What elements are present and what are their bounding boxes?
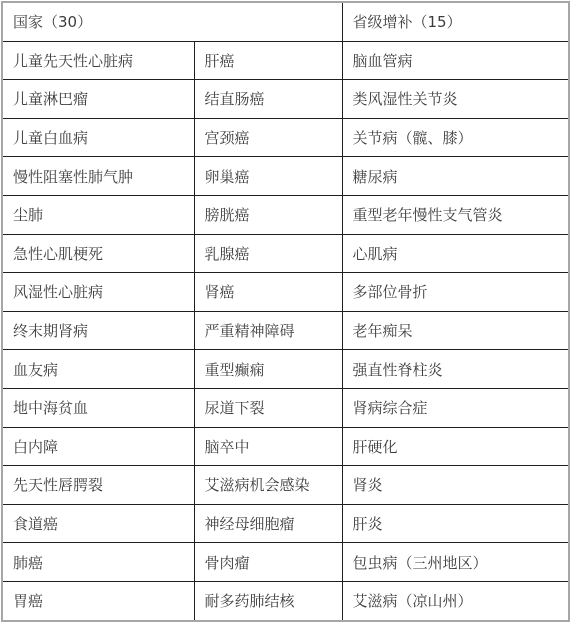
table-cell: 老年痴呆 xyxy=(342,311,569,350)
table-cell: 心肌病 xyxy=(342,234,569,273)
table-cell: 乳腺癌 xyxy=(194,234,342,273)
table-cell: 艾滋病机会感染 xyxy=(194,466,342,505)
table-cell: 严重精神障碍 xyxy=(194,311,342,350)
table-cell: 肺癌 xyxy=(2,543,194,582)
table-cell: 重型老年慢性支气管炎 xyxy=(342,195,569,234)
table-cell: 尘肺 xyxy=(2,195,194,234)
table-cell: 食道癌 xyxy=(2,504,194,543)
table-cell: 结直肠癌 xyxy=(194,80,342,119)
table-cell: 儿童淋巴瘤 xyxy=(2,80,194,119)
table-cell: 多部位骨折 xyxy=(342,273,569,312)
table-cell: 耐多药肺结核 xyxy=(194,581,342,620)
table-row: 儿童先天性心脏病 肝癌 脑血管病 xyxy=(2,41,569,80)
table-cell: 膀胱癌 xyxy=(194,195,342,234)
table-cell: 肾病综合症 xyxy=(342,388,569,427)
table-cell: 重型癫痫 xyxy=(194,350,342,389)
table-cell: 包虫病（三州地区） xyxy=(342,543,569,582)
table-row: 肺癌 骨肉瘤 包虫病（三州地区） xyxy=(2,543,569,582)
table-cell: 强直性脊柱炎 xyxy=(342,350,569,389)
table-cell: 艾滋病（凉山州） xyxy=(342,581,569,620)
table-cell: 类风湿性关节炎 xyxy=(342,80,569,119)
table-row: 急性心肌梗死 乳腺癌 心肌病 xyxy=(2,234,569,273)
table-cell: 胃癌 xyxy=(2,581,194,620)
table-row: 慢性阻塞性肺气肿 卵巢癌 糖尿病 xyxy=(2,157,569,196)
table-row: 先天性唇腭裂 艾滋病机会感染 肾炎 xyxy=(2,466,569,505)
table-cell: 宫颈癌 xyxy=(194,118,342,157)
table-cell: 卵巢癌 xyxy=(194,157,342,196)
table-cell: 尿道下裂 xyxy=(194,388,342,427)
table-cell: 肝癌 xyxy=(194,41,342,80)
header-cell-national: 国家（30） xyxy=(2,2,342,41)
table-row: 尘肺 膀胱癌 重型老年慢性支气管炎 xyxy=(2,195,569,234)
table-row: 白内障 脑卒中 肝硬化 xyxy=(2,427,569,466)
disease-table: 国家（30） 省级增补（15） 儿童先天性心脏病 肝癌 脑血管病 儿童淋巴瘤 结… xyxy=(1,1,570,622)
table-row: 血友病 重型癫痫 强直性脊柱炎 xyxy=(2,350,569,389)
table-cell: 脑卒中 xyxy=(194,427,342,466)
table-cell: 脑血管病 xyxy=(342,41,569,80)
table-cell: 关节病（髋、膝） xyxy=(342,118,569,157)
table-cell: 骨肉瘤 xyxy=(194,543,342,582)
table-row: 儿童白血病 宫颈癌 关节病（髋、膝） xyxy=(2,118,569,157)
table-row: 儿童淋巴瘤 结直肠癌 类风湿性关节炎 xyxy=(2,80,569,119)
table-row: 食道癌 神经母细胞瘤 肝炎 xyxy=(2,504,569,543)
table-row: 胃癌 耐多药肺结核 艾滋病（凉山州） xyxy=(2,581,569,620)
table-cell: 肝硬化 xyxy=(342,427,569,466)
table-row: 地中海贫血 尿道下裂 肾病综合症 xyxy=(2,388,569,427)
header-cell-provincial: 省级增补（15） xyxy=(342,2,569,41)
table-cell: 神经母细胞瘤 xyxy=(194,504,342,543)
table-cell: 地中海贫血 xyxy=(2,388,194,427)
table-cell: 慢性阻塞性肺气肿 xyxy=(2,157,194,196)
table-cell: 糖尿病 xyxy=(342,157,569,196)
table-cell: 肾炎 xyxy=(342,466,569,505)
table-cell: 终末期肾病 xyxy=(2,311,194,350)
table-row: 终末期肾病 严重精神障碍 老年痴呆 xyxy=(2,311,569,350)
header-row: 国家（30） 省级增补（15） xyxy=(2,2,569,41)
table-cell: 先天性唇腭裂 xyxy=(2,466,194,505)
table-cell: 急性心肌梗死 xyxy=(2,234,194,273)
table-cell: 风湿性心脏病 xyxy=(2,273,194,312)
table-row: 风湿性心脏病 肾癌 多部位骨折 xyxy=(2,273,569,312)
table-cell: 肾癌 xyxy=(194,273,342,312)
table-cell: 儿童先天性心脏病 xyxy=(2,41,194,80)
table-cell: 血友病 xyxy=(2,350,194,389)
table-cell: 肝炎 xyxy=(342,504,569,543)
table-cell: 儿童白血病 xyxy=(2,118,194,157)
table-cell: 白内障 xyxy=(2,427,194,466)
